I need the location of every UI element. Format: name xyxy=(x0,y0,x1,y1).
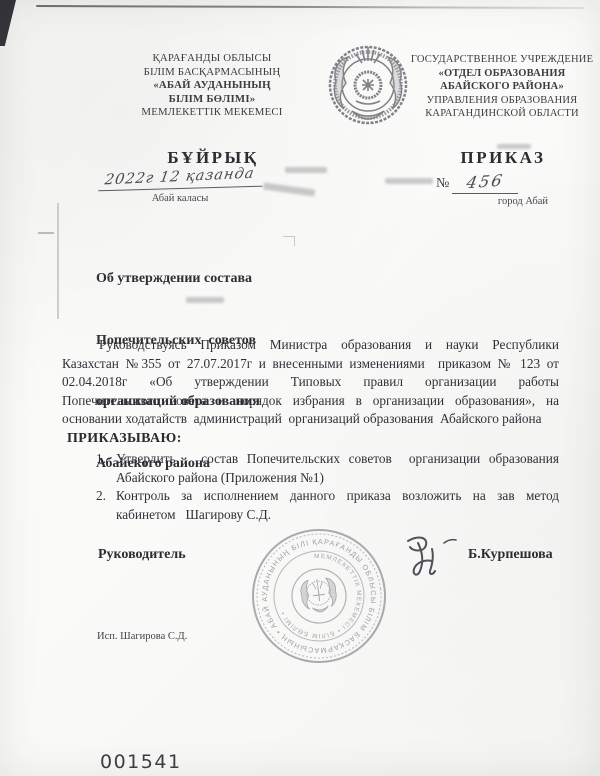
scan-corner-shadow xyxy=(0,0,16,46)
document-code: 001541 xyxy=(100,751,182,773)
signatory-name: Б.Курпешова xyxy=(468,547,553,563)
org-line: ГОСУДАРСТВЕННОЕ УЧРЕЖДЕНИЕ xyxy=(406,53,598,67)
scanned-order-document: ҚАРАҒАНДЫ ОБЛЫСЫ БІЛІМ БАСҚАРМАСЫНЫҢ «АБ… xyxy=(0,0,600,776)
faint-smudge xyxy=(385,178,433,184)
paper-crease xyxy=(57,203,59,319)
list-item: 2. Контроль за исполнением данного прика… xyxy=(96,487,559,524)
subject-line: Об утверждении состава xyxy=(96,269,356,290)
org-line: БІЛІМ БӨЛІМІ» xyxy=(112,93,312,107)
place-label-kazakh: Абай каласы xyxy=(98,193,262,204)
list-item-text: Утвердить состав Попечительских советов … xyxy=(116,450,559,487)
org-line: МЕМЛЕКЕТТІК МЕКЕМЕСІ xyxy=(112,106,312,120)
faint-smudge xyxy=(263,182,315,196)
decree-items: 1. Утвердить состав Попечительских совет… xyxy=(62,450,559,524)
number-sign: № xyxy=(436,176,449,192)
org-line: БІЛІМ БАСҚАРМАСЫНЫҢ xyxy=(112,66,312,80)
stamp-inner-ring-text: МЕМЛЕКЕТТІК МЕКЕМЕСІ • БІЛІМ БӨЛІМІ • xyxy=(273,548,367,644)
order-body: Руководствуясь Приказом Министра образов… xyxy=(62,336,559,524)
round-official-stamp: ҚАРАҒАНДЫ ОБЛЫСЫ БІЛІМ БАСҚАРМАСЫНЫҢ • А… xyxy=(242,519,396,673)
faint-smudge xyxy=(285,167,327,173)
signatory-role: Руководитель xyxy=(98,547,186,563)
executor-note: Исп. Шагирова С.Д. xyxy=(97,631,187,642)
org-line: ҚАРАҒАНДЫ ОБЛЫСЫ xyxy=(112,52,312,66)
org-line: «АБАЙ АУДАНЫНЫҢ xyxy=(112,79,312,93)
handwritten-date: 2022г 12 қазанда xyxy=(104,166,256,189)
org-line: «ОТДЕЛ ОБРАЗОВАНИЯ xyxy=(406,67,598,81)
body-paragraph: Руководствуясь Приказом Министра образов… xyxy=(62,336,559,429)
place-label-russian: город Абай xyxy=(486,196,560,207)
pencil-dash-mark xyxy=(38,232,54,234)
org-line: КАРАГАНДИНСКОЙ ОБЛАСТИ xyxy=(406,107,598,121)
svg-text:МЕМЛЕКЕТТІК МЕКЕМЕСІ • БІЛІМ Б: МЕМЛЕКЕТТІК МЕКЕМЕСІ • БІЛІМ БӨЛІМІ • xyxy=(273,548,367,644)
handwritten-date-field: 2022г 12 қазанда xyxy=(98,166,263,192)
org-name-kazakh: ҚАРАҒАНДЫ ОБЛЫСЫ БІЛІМ БАСҚАРМАСЫНЫҢ «АБ… xyxy=(112,52,312,120)
list-item-text: Контроль за исполнением данного приказа … xyxy=(116,487,559,524)
order-title-russian: ПРИКАЗ xyxy=(440,148,566,168)
handwritten-signature xyxy=(388,531,464,583)
scan-top-edge-line xyxy=(36,5,584,9)
list-item: 1. Утвердить состав Попечительских совет… xyxy=(96,450,559,487)
org-name-russian: ГОСУДАРСТВЕННОЕ УЧРЕЖДЕНИЕ «ОТДЕЛ ОБРАЗО… xyxy=(406,53,598,121)
kazakhstan-emblem-icon xyxy=(326,41,410,129)
handwritten-number: 456 xyxy=(465,171,505,193)
list-item-number: 2. xyxy=(96,487,116,524)
decree-label: ПРИКАЗЫВАЮ: xyxy=(67,430,559,449)
org-line: АБАЙСКОГО РАЙОНА» xyxy=(406,80,598,94)
handwritten-number-field: 456 xyxy=(452,172,518,194)
list-item-number: 1. xyxy=(96,450,116,487)
org-line: УПРАВЛЕНИЯ ОБРАЗОВАНИЯ xyxy=(406,94,598,108)
